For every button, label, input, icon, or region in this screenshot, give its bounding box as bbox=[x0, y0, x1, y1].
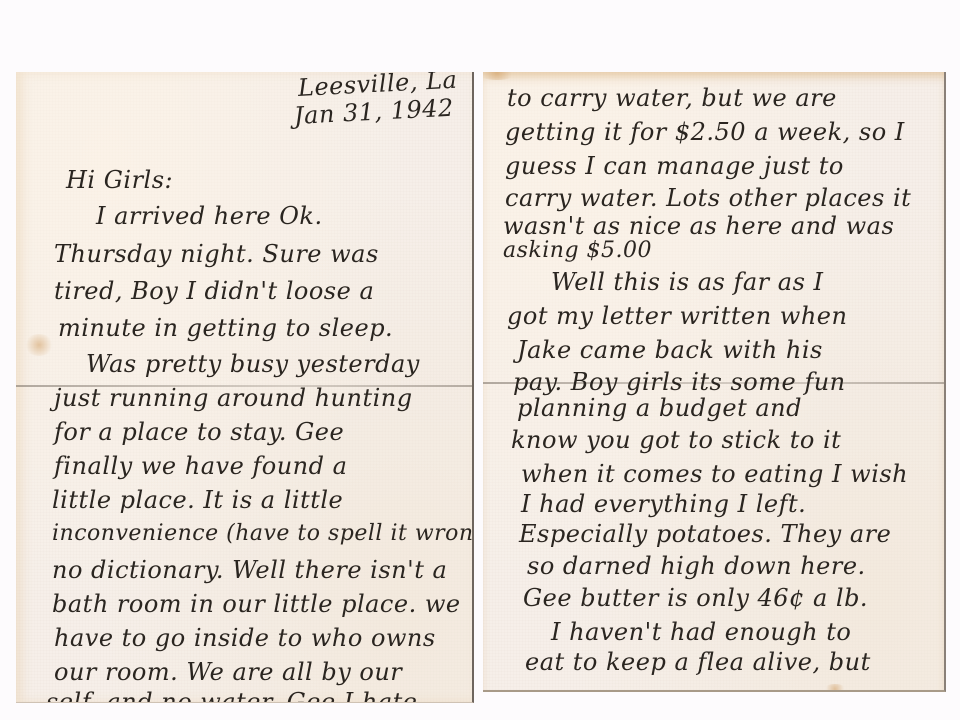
paper-stain bbox=[483, 72, 517, 80]
letter-line: inconvenience (have to spell it wrong) bbox=[52, 521, 474, 546]
letter-line: minute in getting to sleep. bbox=[58, 314, 393, 342]
letter-line: Well this is as far as I bbox=[551, 268, 824, 296]
letter-line: for a place to stay. Gee bbox=[54, 418, 344, 446]
letter-line: Especially potatoes. They are bbox=[519, 520, 891, 548]
letter-line: to carry water, but we are bbox=[507, 84, 837, 112]
paper-stain bbox=[823, 684, 847, 692]
letter-line: self, and no water. Gee I hate bbox=[46, 688, 418, 703]
letter-line: got my letter written when bbox=[507, 302, 847, 330]
letter-line: I arrived here Ok. bbox=[96, 202, 323, 230]
letter-page-2: to carry water, but we are getting it fo… bbox=[483, 72, 946, 692]
scanned-letter: Leesville, La Jan 31, 1942 Hi Girls: I a… bbox=[0, 0, 960, 720]
letter-line: when it comes to eating I wish bbox=[521, 460, 908, 488]
letter-line: our room. We are all by our bbox=[54, 658, 402, 686]
letter-line: wasn't as nice as here and was bbox=[503, 212, 894, 240]
letter-line: eat to keep a flea alive, but bbox=[525, 648, 871, 676]
letter-line: no dictionary. Well there isn't a bbox=[52, 556, 447, 584]
letter-line: Jake came back with his bbox=[517, 336, 823, 364]
letter-line: Gee butter is only 46¢ a lb. bbox=[523, 584, 868, 612]
letter-line: Thursday night. Sure was bbox=[54, 240, 379, 268]
letter-line: getting it for $2.50 a week, so I bbox=[505, 118, 905, 146]
letter-line: asking $5.00 bbox=[503, 238, 652, 263]
letter-line: pay. Boy girls its some fun bbox=[513, 368, 846, 396]
letter-line: tired, Boy I didn't loose a bbox=[54, 277, 374, 305]
letter-line: just running around hunting bbox=[54, 384, 413, 412]
letter-line: know you got to stick to it bbox=[511, 426, 841, 454]
letter-line: have to go inside to who owns bbox=[54, 624, 436, 652]
letter-line: so darned high down here. bbox=[527, 552, 866, 580]
letter-line: Was pretty busy yesterday bbox=[86, 350, 420, 378]
letter-line: carry water. Lots other places it bbox=[505, 184, 911, 212]
letter-line: little place. It is a little bbox=[52, 486, 343, 514]
letter-greeting: Hi Girls: bbox=[66, 166, 173, 194]
letter-line: finally we have found a bbox=[54, 452, 347, 480]
paper-stain bbox=[24, 334, 54, 356]
letter-line: guess I can manage just to bbox=[505, 152, 844, 180]
letter-page-1: Leesville, La Jan 31, 1942 Hi Girls: I a… bbox=[16, 72, 474, 703]
letter-line: I haven't had enough to bbox=[551, 618, 851, 646]
letter-line: I had everything I left. bbox=[521, 490, 806, 518]
letter-line: planning a budget and bbox=[517, 394, 802, 422]
letter-line: bath room in our little place. we bbox=[52, 590, 461, 618]
